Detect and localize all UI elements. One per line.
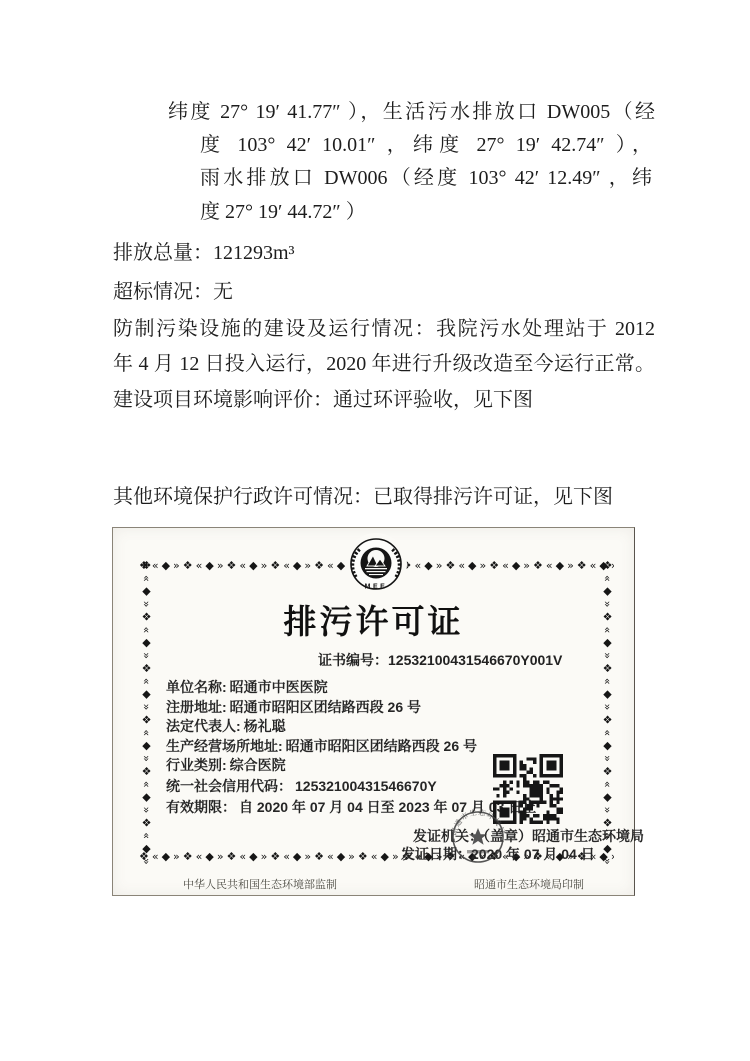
- field-value: 昭通市中医医院: [230, 679, 328, 695]
- field-value: 杨礼聪: [244, 718, 286, 734]
- doc-line: 雨水排放口 DW006（经度 103° 42′ 12.49″ ，纬: [200, 165, 652, 191]
- field-label: 法定代表人:: [166, 718, 241, 734]
- doc-line: 度 103° 42′ 10.01″ ，纬度 27° 19′ 42.74″ ），: [200, 132, 652, 158]
- field-legal-representative: 法定代表人:杨礼聪: [166, 716, 286, 736]
- certificate-footer-left: 中华人民共和国生态环境部监制: [183, 876, 337, 892]
- official-seal: 昭通市生态环境局: [450, 809, 506, 865]
- doc-line: 其他环境保护行政许可情况：已取得排污许可证，见下图: [113, 484, 613, 510]
- certificate-number-value: 12532100431546670Y001V: [388, 652, 562, 668]
- certificate-number-label: 证书编号：: [318, 652, 388, 668]
- field-label: 统一社会信用代码：: [166, 778, 292, 794]
- field-production-site: 生产经营场所地址:昭通市昭阳区团结路西段 26 号: [166, 736, 477, 756]
- mee-ministry-logo-icon: MEE: [343, 531, 409, 597]
- doc-line: 纬度 27° 19′ 41.77″ ），生活污水排放口 DW005（经: [168, 99, 655, 125]
- field-label: 行业类别:: [166, 757, 227, 773]
- doc-line: 防制污染设施的建设及运行情况：我院污水处理站于 2012: [113, 316, 655, 342]
- field-value: 综合医院: [230, 757, 286, 773]
- certificate-footer-right: 昭通市生态环境局印制: [474, 876, 584, 892]
- field-credit-code: 统一社会信用代码：12532100431546670Y: [166, 776, 437, 796]
- field-value: 昭通市昭阳区团结路西段 26 号: [230, 699, 421, 715]
- doc-line: 超标情况：无: [113, 279, 233, 305]
- doc-line: 排放总量：121293m³: [113, 240, 295, 266]
- field-label: 有效期限：: [166, 799, 236, 815]
- field-label: 生产经营场所地址:: [166, 738, 283, 754]
- field-value: 昭通市昭阳区团结路西段 26 号: [286, 738, 477, 754]
- permit-certificate-scan: ❖«◆»❖«◆»❖«◆»❖«◆»❖«◆»❖«◆»❖«◆»❖«◆»❖«◆»❖«◆»…: [112, 527, 635, 896]
- mee-logo-text: MEE: [365, 584, 388, 591]
- document-page: 纬度 27° 19′ 41.77″ ），生活污水排放口 DW005（经 度 10…: [0, 0, 750, 1061]
- doc-line: 度 27° 19′ 44.72″ ）: [200, 199, 366, 225]
- field-industry-category: 行业类别:综合医院: [166, 755, 286, 775]
- field-label: 单位名称:: [166, 679, 227, 695]
- doc-line: 年 4 月 12 日投入运行，2020 年进行升级改造至今运行正常。: [113, 351, 655, 377]
- field-value: 12532100431546670Y: [295, 778, 437, 794]
- doc-line: 建设项目环境影响评价：通过环评验收，见下图: [113, 387, 533, 413]
- field-registered-address: 注册地址:昭通市昭阳区团结路西段 26 号: [166, 697, 421, 717]
- issuer-line: 发证机关：（盖章）昭通市生态环境局: [413, 826, 644, 846]
- certificate-title: 排污许可证: [113, 596, 634, 643]
- certificate-number: 证书编号：12532100431546670Y001V: [318, 650, 562, 670]
- field-label: 注册地址:: [166, 699, 227, 715]
- field-unit-name: 单位名称:昭通市中医医院: [166, 677, 328, 697]
